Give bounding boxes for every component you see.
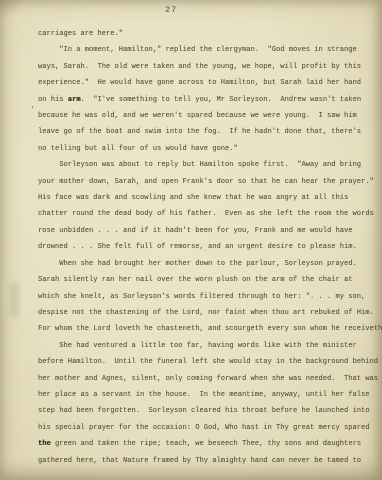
- typescript-line: drowned . . . She felt full of remorse, …: [38, 239, 382, 255]
- paper-smudge: [10, 282, 19, 318]
- overstruck-word: the: [38, 440, 51, 448]
- page-number: 27: [165, 5, 177, 15]
- typescript-line: rose unbidden . . . and if it hadn't bee…: [38, 223, 382, 239]
- typescript-line: her mother and Agnes, silent, only comin…: [38, 371, 382, 387]
- typescript-line: "In a moment, Hamilton," replied the cle…: [38, 42, 382, 58]
- typescript-line: your mother down, Sarah, and open Frank'…: [38, 174, 382, 190]
- typescript-line: which she knelt, as Sorleyson's words fi…: [38, 289, 382, 305]
- typescript-line: She had ventured a little too far, havin…: [38, 338, 382, 354]
- typescript-line: When she had brought her mother down to …: [38, 256, 382, 272]
- typescript-line: leave go of the boat and swim into the f…: [38, 124, 382, 140]
- overstruck-word: arm: [68, 96, 81, 104]
- typescript-line: Sorleyson was about to reply but Hamilto…: [38, 157, 382, 173]
- stray-mark-apostrophe: ': [30, 106, 35, 115]
- typescript-line: gathered here, that Nature framed by Thy…: [38, 453, 382, 469]
- typescript-page: 27 ' - carriages are here." "In a moment…: [0, 0, 382, 480]
- typescript-line: before Hamilton. Until the funeral left …: [38, 354, 382, 370]
- typescript-line: His face was dark and scowling and she k…: [38, 190, 382, 206]
- line-segment: . "I've something to tell you, Mr Sorley…: [81, 96, 362, 104]
- typescript-line: chatter round the dead body of his fathe…: [38, 206, 382, 222]
- line-segment: green and taken the ripe; teach, we bese…: [51, 440, 361, 448]
- typescript-line: carriages are here.": [38, 26, 382, 42]
- typescript-line: For whom the Lord loveth he chasteneth, …: [38, 321, 382, 337]
- typescript-line: experience." He would have gone across t…: [38, 75, 382, 91]
- line-segment: on his: [38, 96, 68, 104]
- typescript-line: despise not the chastening of the Lord, …: [38, 305, 382, 321]
- typescript-line: because he was old, and we weren't spare…: [38, 108, 382, 124]
- typescript-line: Sarah silently ran her nail over the wor…: [38, 272, 382, 288]
- typescript-line: step had been forgotten. Sorleyson clear…: [38, 403, 382, 419]
- typescript-line: no telling but all four of us would have…: [38, 141, 382, 157]
- typescript-line: the green and taken the ripe; teach, we …: [38, 436, 382, 452]
- typescript-text-block: carriages are here." "In a moment, Hamil…: [38, 26, 382, 469]
- screenshot-root: { "page": { "number": "27", "stray_marks…: [0, 0, 382, 480]
- typescript-line: ways, Sarah. The old were taken and the …: [38, 59, 382, 75]
- paper-corner-shade: [0, 0, 26, 20]
- typescript-line: her place as a servant in the house. In …: [38, 387, 382, 403]
- typescript-line: on his arm. "I've something to tell you,…: [38, 92, 382, 108]
- typescript-line: his special prayer for the occasion: O G…: [38, 420, 382, 436]
